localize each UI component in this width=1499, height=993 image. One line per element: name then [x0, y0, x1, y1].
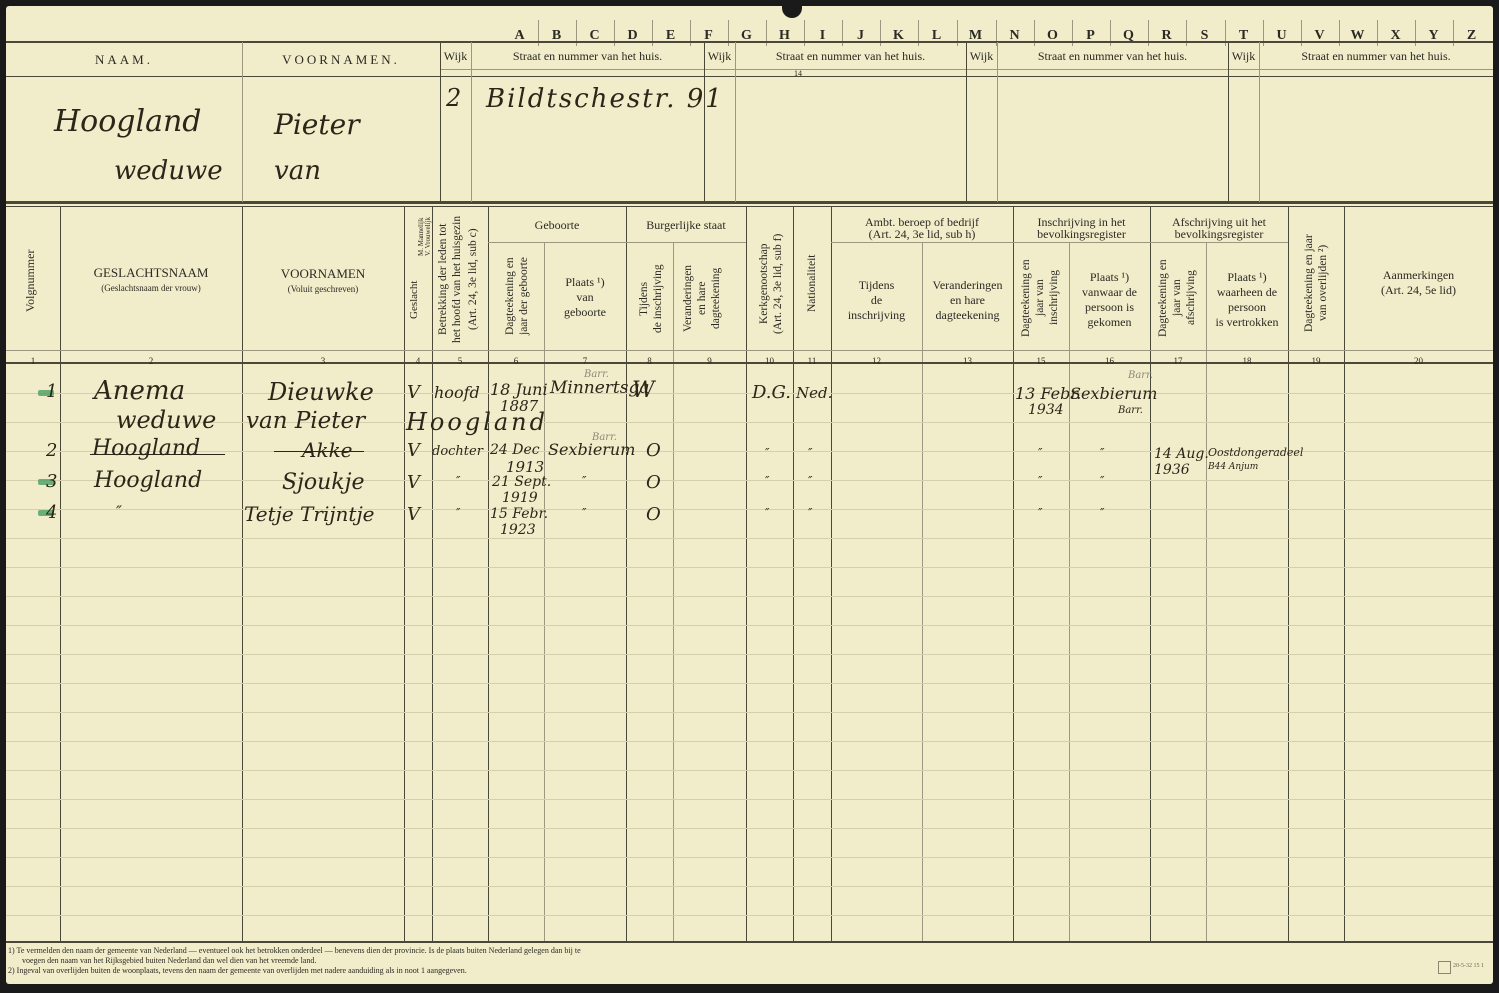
straat-label-4: Straat en nummer van het huis. — [1259, 49, 1493, 64]
colnum-4: 4 — [404, 356, 432, 366]
row3-birth-place: ″ — [582, 474, 586, 488]
wijk-label-4: Wijk — [1228, 49, 1259, 64]
col-ambt-tijdens-b: de — [831, 293, 922, 308]
group-inschrijving-b: bevolkingsregister — [1013, 227, 1150, 242]
col-afschr-plaats-d: is vertrokken — [1206, 315, 1288, 330]
row1-birth-year: 1887 — [500, 397, 538, 415]
col-voornamen-sub: (Voluit geschreven) — [242, 282, 404, 297]
row1-birth-place-note: Barr. — [584, 369, 609, 380]
straat-label-2: Straat en nummer van het huis. — [735, 49, 966, 64]
row1-relation: hoofd — [434, 383, 480, 402]
row3-surname: Hoogland — [94, 468, 202, 493]
col-kerkgenootschap-b: (Art. 24, 3e lid, sub f) — [772, 221, 785, 346]
col-geslacht-v: V. Vrouwelijk — [424, 214, 432, 259]
row3-civil-status: O — [646, 472, 661, 493]
row3-firstname: Sjoukje — [282, 470, 364, 495]
stamp-code: 20-5-32 15 1 — [1453, 963, 1484, 969]
row2-afschr-year: 1936 — [1154, 462, 1190, 478]
col-bs-tijdens-b: de inschrijving — [652, 251, 665, 346]
col-bs-veranderingen-c: dagteekening — [710, 251, 723, 346]
group-afschrijving-b: bevolkingsregister — [1150, 227, 1288, 242]
row4-surname: ″ — [116, 502, 122, 521]
letter-t: T — [1225, 28, 1262, 46]
address-wijk: 2 — [446, 84, 461, 112]
colnum-10: 10 — [746, 356, 793, 366]
col-ambt-tijdens-c: inschrijving — [831, 308, 922, 323]
letter-h: H — [766, 28, 803, 46]
letter-b: B — [538, 28, 575, 46]
colnum-16: 16 — [1069, 356, 1150, 366]
col-betrekking-b: het hoofd van het huisgezin — [451, 214, 464, 344]
letter-e: E — [652, 28, 689, 46]
population-register-card: A B C D E F G H I J K L M N O P Q R S T … — [6, 6, 1493, 984]
colnum-2: 2 — [60, 356, 242, 366]
col-afschr-datum-b: jaar van — [1171, 250, 1184, 346]
letter-s: S — [1186, 28, 1223, 46]
head-line2-weduwe: weduwe — [114, 156, 223, 186]
colnum-7: 7 — [544, 356, 626, 366]
row3-inschr-place: ″ — [1100, 474, 1104, 488]
col-geboorteplaats-c: geboorte — [544, 305, 626, 320]
group-ambt-b: (Art. 24, 3e lid, sub h) — [831, 227, 1013, 242]
letter-r: R — [1148, 28, 1185, 46]
row1-nationality: Ned. — [796, 384, 832, 402]
row1-church: D.G. — [752, 382, 791, 403]
row1-sex: V — [407, 382, 420, 403]
col-kerkgenootschap-a: Kerkgenootschap — [758, 221, 771, 346]
straat-label-3: Straat en nummer van het huis. — [997, 49, 1228, 64]
letter-z: Z — [1453, 28, 1490, 46]
colnum-19: 19 — [1288, 356, 1344, 366]
row3-relation: ″ — [456, 474, 460, 488]
row4-volgnummer: 4 — [46, 502, 57, 523]
row2-civil-status: O — [646, 440, 661, 461]
footnote-1b: voegen den naam van het Rijksgebied buit… — [22, 956, 316, 966]
row2-inschr-place: ″ — [1100, 446, 1104, 460]
col-nationaliteit: Nationaliteit — [806, 221, 819, 346]
letter-m: M — [957, 28, 994, 46]
colnum-15: 15 — [1013, 356, 1069, 366]
address-street: Bildtschestr. 91 — [486, 84, 724, 114]
strikethrough-line — [274, 451, 364, 452]
colnum-11: 11 — [793, 356, 831, 366]
row3-birth-year: 1919 — [502, 490, 538, 506]
group-geboorte: Geboorte — [488, 218, 626, 233]
strikethrough-line — [90, 454, 225, 455]
row1-volgnummer: 1 — [46, 381, 57, 402]
wijk-label-1: Wijk — [440, 49, 471, 64]
colnum-8: 8 — [626, 356, 673, 366]
col-geslacht: Geslacht — [408, 256, 420, 344]
row1-inschr-place: Sexbierum — [1070, 384, 1157, 403]
row2-afschr-place2: B44 Anjum — [1208, 462, 1258, 472]
col-inschr-plaats-a: Plaats ¹) — [1069, 270, 1150, 285]
row2-nationality: ″ — [808, 446, 812, 460]
col-inschr-datum-a: Dagteekening en — [1020, 250, 1033, 346]
row1-firstname: Dieuwke — [268, 378, 374, 406]
row2-afschr-place: Oostdongeradeel — [1208, 446, 1303, 459]
col-afschr-datum-c: afschrijving — [1185, 250, 1198, 346]
head-firstname: Pieter — [274, 108, 360, 141]
letter-x: X — [1377, 28, 1414, 46]
straat-label-1: Straat en nummer van het huis. — [471, 49, 704, 64]
letter-w: W — [1339, 28, 1376, 46]
row2-afschr-date: 14 Aug. — [1154, 446, 1209, 462]
col-betrekking-c: (Art. 24, 3e lid, sub c) — [467, 214, 480, 344]
row4-church: ″ — [765, 506, 769, 520]
letter-d: D — [614, 28, 651, 46]
row3-nationality: ″ — [808, 474, 812, 488]
col-geslachtsnaam: GESLACHTSNAAM — [60, 265, 242, 280]
colnum-6: 6 — [488, 356, 544, 366]
letter-p: P — [1072, 28, 1109, 46]
col-inschr-datum-c: inschrijving — [1048, 250, 1061, 346]
colnum-18: 18 — [1206, 356, 1288, 366]
colnum-1: 1 — [6, 356, 60, 366]
row3-inschr-date: ″ — [1038, 474, 1042, 488]
row2-firstname: Akke — [302, 438, 353, 462]
letter-l: L — [918, 28, 955, 46]
col-geboorteplaats-a: Plaats ¹) — [544, 275, 626, 290]
row2-church: ″ — [765, 446, 769, 460]
row2-surname: Hoogland — [92, 436, 200, 461]
letter-n: N — [996, 28, 1033, 46]
letter-k: K — [880, 28, 917, 46]
col-ambt-veranderingen-b: en hare — [922, 293, 1013, 308]
col-afschr-plaats-b: waarheen de — [1206, 285, 1288, 300]
row4-firstname: Tetje Trijntje — [244, 502, 375, 526]
col-aanmerkingen-b: (Art. 24, 5e lid) — [1344, 283, 1493, 298]
letter-u: U — [1263, 28, 1300, 46]
row1-surname-line2: weduwe — [116, 406, 216, 434]
small-index-number: 14 — [791, 69, 805, 78]
col-inschr-plaats-d: gekomen — [1069, 315, 1150, 330]
col-ambt-veranderingen-a: Veranderingen — [922, 278, 1013, 293]
col-voornamen: VOORNAMEN — [242, 266, 404, 281]
naam-label: NAAM. — [6, 52, 242, 68]
row2-volgnummer: 2 — [46, 440, 57, 461]
col-geboortedatum-b: jaar der geboorte — [518, 246, 531, 346]
row2-birth-place-note: Barr. — [592, 432, 617, 443]
group-burgerlijke-staat: Burgerlijke staat — [626, 218, 746, 233]
letter-y: Y — [1415, 28, 1452, 46]
footnote-2: 2) Ingeval van overlijden buiten de woon… — [8, 966, 467, 976]
col-inschr-datum-b: jaar van — [1034, 250, 1047, 346]
col-geboortedatum-a: Dagteekening en — [504, 246, 517, 346]
colnum-17: 17 — [1150, 356, 1206, 366]
col-afschr-datum-a: Dagteekening en — [1157, 250, 1170, 346]
col-overlijden-b: van overlijden ²) — [1317, 218, 1330, 348]
row4-birth-place: ″ — [582, 506, 586, 520]
row2-sex: V — [407, 440, 420, 461]
letter-v: V — [1301, 28, 1338, 46]
col-betrekking-a: Betrekking der leden tot — [437, 214, 450, 344]
col-bs-veranderingen-a: Veranderingen — [682, 251, 695, 346]
stamp-icon — [1438, 961, 1451, 974]
letter-q: Q — [1110, 28, 1147, 46]
row4-birth-date: 15 Febr. — [490, 506, 548, 522]
colnum-12: 12 — [831, 356, 922, 366]
col-aanmerkingen-a: Aanmerkingen — [1344, 268, 1493, 283]
letter-a: A — [501, 28, 538, 46]
row4-inschr-place: ″ — [1100, 506, 1104, 520]
row3-volgnummer: 3 — [46, 471, 57, 492]
row1-civil-status: W — [632, 378, 655, 403]
col-ambt-tijdens-a: Tijdens — [831, 278, 922, 293]
row4-sex: V — [407, 504, 420, 525]
row1-inschr-note2: Barr. — [1118, 405, 1143, 416]
row1-inschr-year: 1934 — [1028, 402, 1064, 418]
colnum-13: 13 — [922, 356, 1013, 366]
row1-inschr-note: Barr. — [1128, 370, 1153, 381]
letter-f: F — [690, 28, 727, 46]
wijk-label-2: Wijk — [704, 49, 735, 64]
footnote-1a: 1) Te vermelden den naam der gemeente va… — [8, 946, 581, 956]
colnum-20: 20 — [1344, 356, 1493, 366]
col-overlijden-a: Dagteekening en jaar — [1303, 218, 1316, 348]
row3-sex: V — [407, 472, 420, 493]
row2-inschr-date: ″ — [1038, 446, 1042, 460]
punch-notch — [782, 6, 802, 18]
col-bs-veranderingen-b: en hare — [696, 251, 709, 346]
voornamen-label: VOORNAMEN. — [242, 52, 440, 68]
col-inschr-plaats-c: persoon is — [1069, 300, 1150, 315]
row3-church: ″ — [765, 474, 769, 488]
row1-firstname-line2: van Pieter — [246, 408, 365, 434]
col-afschr-plaats-a: Plaats ¹) — [1206, 270, 1288, 285]
row3-birth-date: 21 Sept. — [492, 474, 551, 490]
col-afschr-plaats-c: persoon — [1206, 300, 1288, 315]
letter-j: J — [842, 28, 879, 46]
row2-birth-date: 24 Dec — [490, 442, 540, 458]
col-geboorteplaats-b: van — [544, 290, 626, 305]
colnum-9: 9 — [673, 356, 746, 366]
head-line2-van: van — [274, 156, 321, 186]
colnum-3: 3 — [242, 356, 404, 366]
col-bs-tijdens-a: Tijdens — [638, 251, 651, 346]
col-ambt-veranderingen-c: dagteekening — [922, 308, 1013, 323]
letter-g: G — [728, 28, 765, 46]
letter-o: O — [1034, 28, 1071, 46]
row4-nationality: ″ — [808, 506, 812, 520]
col-geslachtsnaam-sub: (Geslachtsnaam der vrouw) — [60, 281, 242, 296]
head-surname: Hoogland — [54, 104, 202, 139]
row1-surname: Anema — [94, 376, 185, 406]
wijk-label-3: Wijk — [966, 49, 997, 64]
row4-relation: ″ — [456, 506, 460, 520]
row2-relation: dochter — [432, 444, 483, 459]
letter-c: C — [576, 28, 613, 46]
letter-i: I — [804, 28, 841, 46]
colnum-5: 5 — [432, 356, 488, 366]
row4-inschr-date: ″ — [1038, 506, 1042, 520]
col-volgnummer: Volgnummer — [24, 216, 44, 346]
row4-birth-year: 1923 — [500, 522, 536, 538]
col-inschr-plaats-b: vanwaar de — [1069, 285, 1150, 300]
row4-civil-status: O — [646, 504, 661, 525]
